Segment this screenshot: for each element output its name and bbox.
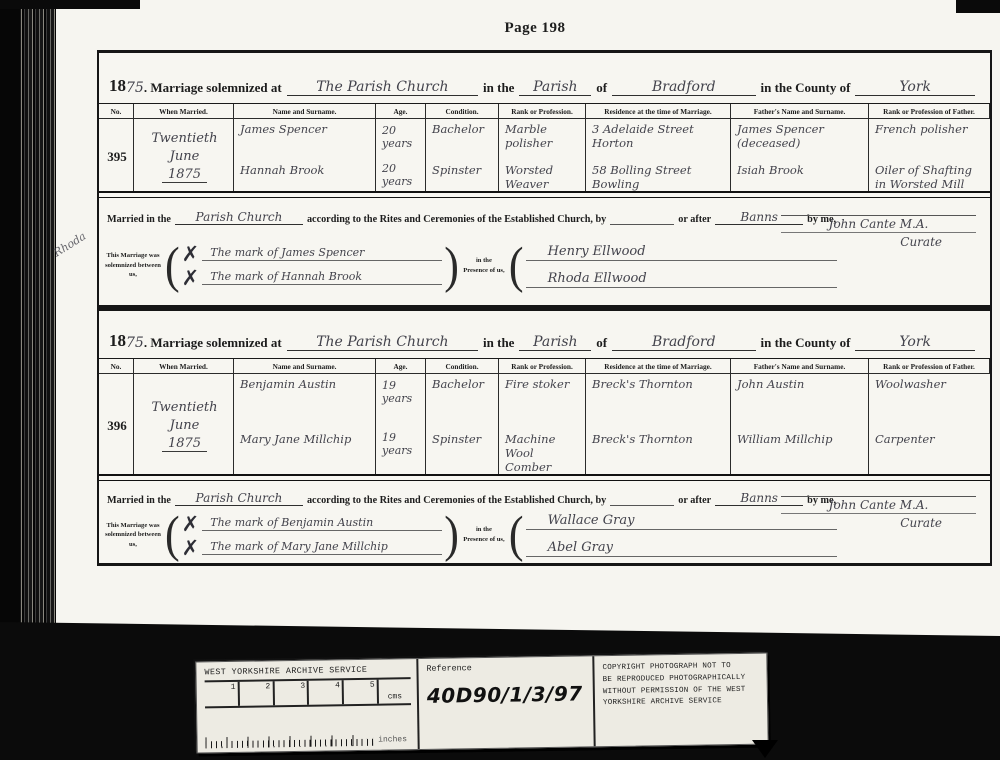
age-number: 20 xyxy=(382,124,396,137)
groom-father: James Spencer (deceased) xyxy=(731,119,869,155)
married-text: or after xyxy=(678,495,711,506)
certificate-heading: 1875 . Marriage solemnized at The Parish… xyxy=(99,53,990,104)
col-header-father: Father's Name and Surname. xyxy=(731,359,869,374)
officiant-title: Curate xyxy=(781,516,976,530)
heading-text: in the xyxy=(483,80,514,96)
year-handwritten: 75 xyxy=(126,335,144,351)
page-number: Page 198 xyxy=(504,20,565,37)
age-unit: years xyxy=(382,444,412,457)
bride-condition: Spinster xyxy=(426,155,499,191)
col-header-father-profession: Rank or Profession of Father. xyxy=(869,104,990,119)
bride-mark-row: ✗ The mark of Hannah Brook xyxy=(182,270,443,285)
groom-mark-text: The mark of Benjamin Austin xyxy=(202,516,442,531)
bride-age: 20years xyxy=(376,155,426,191)
reference-number: 40D90/1/3/97 xyxy=(427,681,585,707)
groom-profession: Marble polisher xyxy=(499,119,586,155)
brace-close: ) xyxy=(444,515,459,555)
bride-mark-row: ✗ The mark of Mary Jane Millchip xyxy=(182,540,443,555)
married-text: Married in the xyxy=(107,214,171,225)
col-header-profession: Rank or Profession. xyxy=(499,104,586,119)
bride-name: Mary Jane Millchip xyxy=(234,424,376,474)
x-mark-icon: ✗ xyxy=(182,542,200,555)
bride-mark-text: The mark of Mary Jane Millchip xyxy=(202,540,442,555)
bride-age: 19years xyxy=(376,424,426,474)
groom-profession: Fire stoker xyxy=(499,374,586,424)
cm-segment: 2 xyxy=(239,681,274,706)
bride-father-profession: Carpenter xyxy=(869,424,990,474)
groom-name: Benjamin Austin xyxy=(234,374,376,424)
heading-text: in the xyxy=(483,335,514,351)
cm-ruler: 1 2 3 4 5 cms xyxy=(205,679,411,708)
groom-age: 20years xyxy=(376,119,426,155)
cms-label: cms xyxy=(379,679,411,703)
heading-text: of xyxy=(596,335,607,351)
church-name: The Parish Church xyxy=(287,79,478,96)
parish-word: Parish xyxy=(519,334,591,351)
cm-number: 4 xyxy=(335,681,340,690)
officiant-signature-block: John Cante M.A. Curate xyxy=(781,496,976,530)
age-unit: years xyxy=(382,392,412,405)
church-name: The Parish Church xyxy=(287,334,478,351)
heading-text: in the County of xyxy=(761,80,851,96)
bride-profession: Machine Wool Comber xyxy=(499,424,586,474)
when-married-year: 1875 xyxy=(162,167,207,183)
bride-residence: 58 Bolling Street Bowling xyxy=(586,155,731,191)
signatures-section: This Marriage was solemnized between us,… xyxy=(99,230,990,305)
brace-open: ( xyxy=(509,245,524,285)
col-header-age: Age. xyxy=(376,359,426,374)
brace-open: ( xyxy=(509,515,524,555)
brace-open: ( xyxy=(165,245,180,285)
cm-number: 2 xyxy=(265,682,270,691)
heading-text: . Marriage solemnized at xyxy=(144,335,282,351)
entry-number: 395 xyxy=(99,119,134,191)
officiant-name: John Cante M.A. xyxy=(781,215,976,233)
married-text: or after xyxy=(678,214,711,225)
inch-ticks xyxy=(206,735,374,749)
cm-segment: 3 xyxy=(274,681,309,706)
col-header-condition: Condition. xyxy=(426,104,499,119)
heading-text: in the County of xyxy=(761,335,851,351)
groom-residence: Breck's Thornton xyxy=(586,374,731,424)
age-unit: years xyxy=(382,175,412,188)
bride-name: Hannah Brook xyxy=(234,155,376,191)
when-married-day: Twentieth xyxy=(151,400,217,415)
married-church: Parish Church xyxy=(175,491,303,506)
film-edge-top-right xyxy=(956,0,1000,13)
parish-name: Bradford xyxy=(612,334,755,351)
marriage-certificate-395: 1875 . Marriage solemnized at The Parish… xyxy=(97,50,992,308)
marks-column: ✗ The mark of Benjamin Austin ✗ The mark… xyxy=(182,516,443,555)
groom-father-profession: French polisher xyxy=(869,119,990,155)
married-text: according to the Rites and Ceremonies of… xyxy=(307,214,606,225)
year-handwritten: 75 xyxy=(126,80,144,96)
witness-signature: Abel Gray xyxy=(526,540,837,557)
county-name: York xyxy=(855,334,975,351)
cm-segment: 1 xyxy=(205,682,240,707)
col-header-when-married: When Married. xyxy=(134,104,234,119)
officiant-signature-block: John Cante M.A. Curate xyxy=(781,215,976,249)
heading-text: . Marriage solemnized at xyxy=(144,80,282,96)
col-header-father-profession: Rank or Profession of Father. xyxy=(869,359,990,374)
col-header-residence: Residence at the time of Marriage. xyxy=(586,104,731,119)
groom-age: 19years xyxy=(376,374,426,424)
year-printed: 18 xyxy=(109,76,126,96)
parish-name: Bradford xyxy=(612,79,755,96)
copyright-line: YORKSHIRE ARCHIVE SERVICE xyxy=(603,696,761,710)
bride-residence: Breck's Thornton xyxy=(586,424,731,474)
parish-word: Parish xyxy=(519,79,591,96)
when-married-year: 1875 xyxy=(162,436,207,452)
groom-condition: Bachelor xyxy=(426,119,499,155)
married-text: according to the Rites and Ceremonies of… xyxy=(307,495,606,506)
register-table: No. When Married. Name and Surname. Age.… xyxy=(99,359,990,474)
col-header-no: No. xyxy=(99,104,134,119)
col-header-name: Name and Surname. xyxy=(234,359,376,374)
brace-open: ( xyxy=(165,515,180,555)
married-text: Married in the xyxy=(107,495,171,506)
col-header-name: Name and Surname. xyxy=(234,104,376,119)
marks-column: ✗ The mark of James Spencer ✗ The mark o… xyxy=(182,246,443,285)
groom-mark-row: ✗ The mark of James Spencer xyxy=(182,246,443,261)
presence-label: in the Presence of us, xyxy=(463,256,505,275)
cm-number: 1 xyxy=(231,683,236,692)
x-mark-icon: ✗ xyxy=(182,272,200,285)
age-number: 19 xyxy=(382,379,396,392)
ruler-box: WEST YORKSHIRE ARCHIVE SERVICE 1 2 3 4 5… xyxy=(196,659,419,752)
bride-profession: Worsted Weaver xyxy=(499,155,586,191)
cm-segment: 4 xyxy=(309,680,344,705)
col-header-age: Age. xyxy=(376,104,426,119)
signatures-section: This Marriage was solemnized between us,… xyxy=(99,511,990,563)
solemnized-label: This Marriage was solemnized between us, xyxy=(103,521,163,550)
bride-father: Isiah Brook xyxy=(731,155,869,191)
groom-mark-text: The mark of James Spencer xyxy=(202,246,442,261)
groom-father: John Austin xyxy=(731,374,869,424)
cm-number: 5 xyxy=(370,681,375,690)
bride-father-profession: Oiler of Shafting in Worsted Mill xyxy=(869,155,990,191)
blank-line xyxy=(610,505,674,506)
groom-residence: 3 Adelaide Street Horton xyxy=(586,119,731,155)
when-married-month: June xyxy=(170,149,200,164)
col-header-father: Father's Name and Surname. xyxy=(731,104,869,119)
scanned-marriage-register-photo: Rhoda Page 198 1875 . Marriage solemnize… xyxy=(0,0,1000,760)
brace-close: ) xyxy=(444,245,459,285)
col-header-residence: Residence at the time of Marriage. xyxy=(586,359,731,374)
year-printed: 18 xyxy=(109,331,126,351)
when-married-month: June xyxy=(170,418,200,433)
age-number: 20 xyxy=(382,162,396,175)
copyright-notice: COPYRIGHT PHOTOGRAPH NOT TO BE REPRODUCE… xyxy=(594,654,767,747)
certificate-heading: 1875 . Marriage solemnized at The Parish… xyxy=(99,311,990,359)
inches-label: inches xyxy=(374,735,412,746)
register-table: No. When Married. Name and Surname. Age.… xyxy=(99,104,990,191)
cm-number: 3 xyxy=(300,682,305,691)
presence-label: in the Presence of us, xyxy=(463,525,505,544)
col-header-profession: Rank or Profession. xyxy=(499,359,586,374)
officiant-name: John Cante M.A. xyxy=(781,496,976,514)
blank-line xyxy=(610,224,674,225)
col-header-no: No. xyxy=(99,359,134,374)
col-header-when-married: When Married. xyxy=(134,359,234,374)
when-married-cell: Twentieth June 1875 xyxy=(134,374,234,474)
solemnized-label: This Marriage was solemnized between us, xyxy=(103,251,163,280)
when-married-cell: Twentieth June 1875 xyxy=(134,119,234,191)
county-name: York xyxy=(855,79,975,96)
officiant-title: Curate xyxy=(781,235,976,249)
film-edge-top-left xyxy=(0,0,140,9)
x-mark-icon: ✗ xyxy=(182,248,200,261)
when-married-day: Twentieth xyxy=(151,131,217,146)
marriage-certificate-396: 1875 . Marriage solemnized at The Parish… xyxy=(97,308,992,566)
entry-number: 396 xyxy=(99,374,134,474)
x-mark-icon: ✗ xyxy=(182,518,200,531)
section-divider xyxy=(99,474,990,481)
witnesses-column: Henry Ellwood Rhoda Ellwood xyxy=(526,244,837,288)
margin-pencil-note: Rhoda xyxy=(51,230,88,260)
groom-mark-row: ✗ The mark of Benjamin Austin xyxy=(182,516,443,531)
cm-segment: 5 xyxy=(344,680,379,705)
heading-text: of xyxy=(596,80,607,96)
bride-condition: Spinster xyxy=(426,424,499,474)
groom-father-profession: Woolwasher xyxy=(869,374,990,424)
reference-label: Reference xyxy=(426,661,584,673)
groom-name: James Spencer xyxy=(234,119,376,155)
bride-father: William Millchip xyxy=(731,424,869,474)
married-church: Parish Church xyxy=(175,210,303,225)
reference-box: Reference 40D90/1/3/97 xyxy=(418,656,595,749)
inch-ruler: inches xyxy=(205,705,412,748)
witness-signature: Rhoda Ellwood xyxy=(526,271,837,288)
col-header-condition: Condition. xyxy=(426,359,499,374)
section-divider xyxy=(99,191,990,198)
bride-mark-text: The mark of Hannah Brook xyxy=(202,270,442,285)
age-number: 19 xyxy=(382,431,396,444)
groom-condition: Bachelor xyxy=(426,374,499,424)
age-unit: years xyxy=(382,137,412,150)
archive-label-card: WEST YORKSHIRE ARCHIVE SERVICE 1 2 3 4 5… xyxy=(195,653,768,754)
